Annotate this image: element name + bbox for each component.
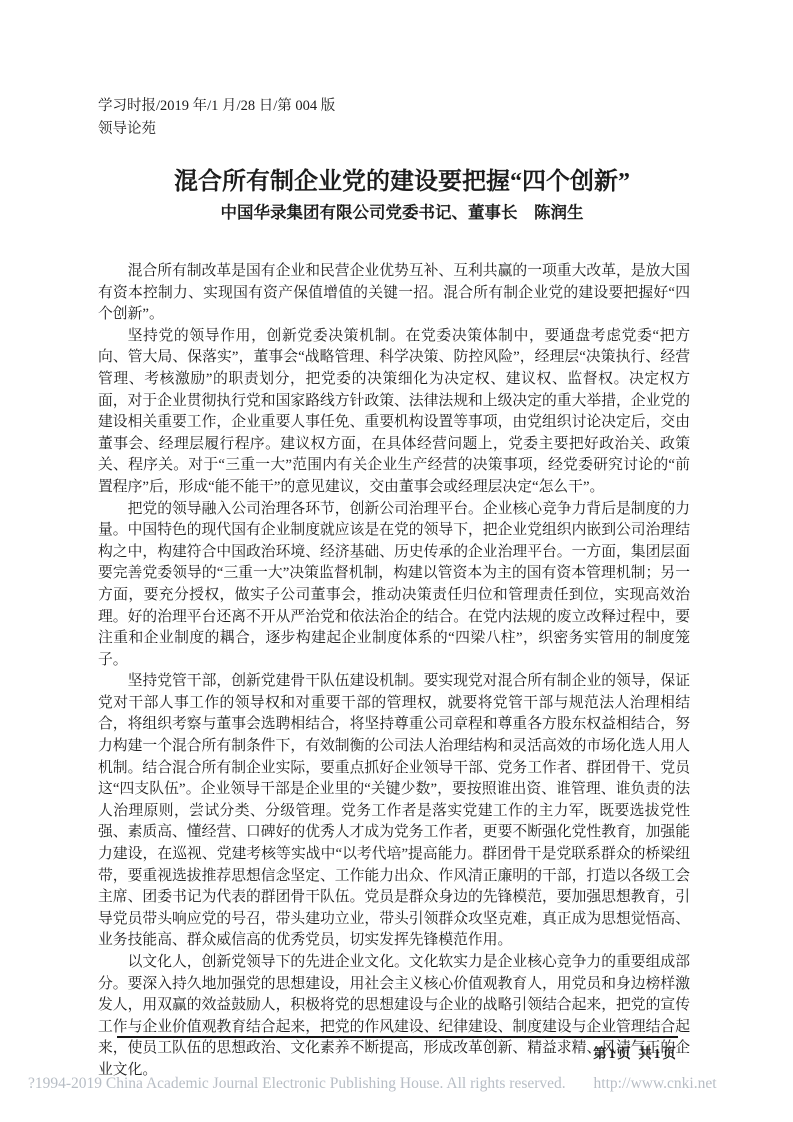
- article-title: 混合所有制企业党的建设要把握“四个创新”: [98, 166, 706, 198]
- body-paragraph: 坚持党的领导作用，创新党委决策机制。在党委决策体制中，要通盘考虑党委“把方向、管…: [98, 326, 690, 499]
- body-paragraph: 把党的领导融入公司治理各环节，创新公司治理平台。企业核心竞争力背后是制度的力量。…: [98, 499, 690, 672]
- copyright-text: ?1994-2019 China Academic Journal Electr…: [28, 1075, 566, 1092]
- page-indicator: 第1页 共1页: [117, 1038, 678, 1062]
- body-paragraph: 混合所有制改革是国有企业和民营企业优势互补、互利共赢的一项重大改革，是放大国有资…: [98, 261, 690, 326]
- copyright-footer: ?1994-2019 China Academic Journal Electr…: [28, 1075, 717, 1093]
- page-footer-divider: 第1页 共1页: [117, 1036, 678, 1062]
- cnki-url: http://www.cnki.net: [594, 1075, 717, 1092]
- article-body: 混合所有制改革是国有企业和民营企业优势互补、互利共赢的一项重大改革，是放大国有资…: [98, 261, 690, 1082]
- body-paragraph: 坚持党管干部，创新党建骨干队伍建设机制。要实现党对混合所有制企业的领导，保证党对…: [98, 671, 690, 952]
- page-header: 学习时报/2019 年/1 月/28 日/第 004 版 领导论苑: [98, 95, 335, 141]
- publication-line: 学习时报/2019 年/1 月/28 日/第 004 版: [98, 95, 335, 118]
- body-paragraph: 以文化人，创新党领导下的先进企业文化。文化软实力是企业核心竞争力的重要组成部分。…: [98, 952, 690, 1082]
- article-byline: 中国华录集团有限公司党委书记、董事长 陈润生: [98, 201, 706, 225]
- column-name: 领导论苑: [98, 118, 335, 141]
- document-page: { "meta": { "publication_line": "学习时报/20…: [0, 0, 793, 1122]
